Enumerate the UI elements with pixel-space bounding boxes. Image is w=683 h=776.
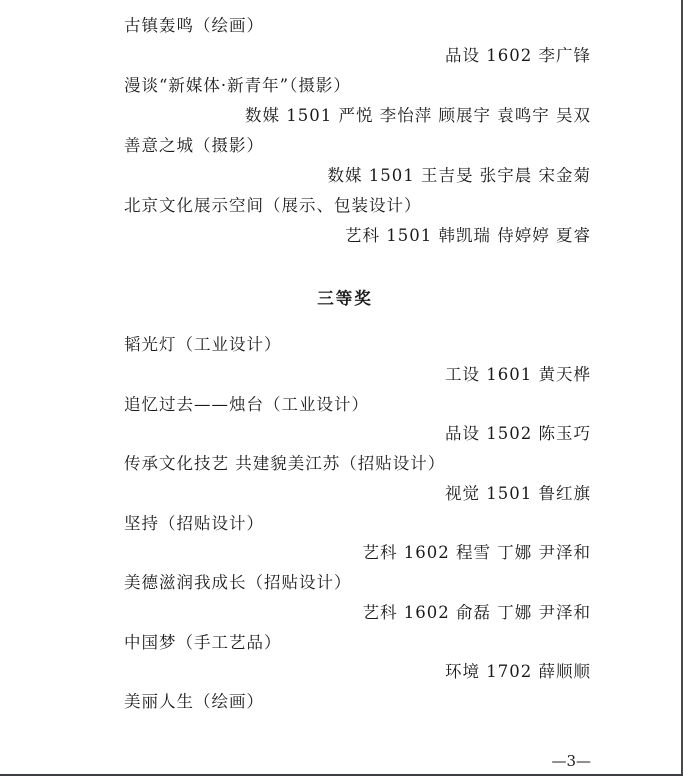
entry-author: 环境 1702 薛顺顺 [445,662,591,682]
entry-title: 善意之城（摄影） [124,136,264,156]
entry-title: 美德滋润我成长（招贴设计） [124,573,352,593]
entry-author: 视觉 1501 鲁红旗 [445,484,591,504]
entry-author: 艺科 1602 俞磊 丁娜 尹泽和 [363,603,591,623]
entry-author: 工设 1601 黄天桦 [445,365,591,385]
entry-title: 北京文化展示空间（展示、包装设计） [124,196,422,216]
entry-author: 品设 1502 陈玉巧 [445,424,591,444]
section-heading: 三等奖 [0,289,683,309]
entry-title: 古镇轰鸣（绘画） [124,16,264,36]
entry-author: 艺科 1501 韩凯瑞 侍婷婷 夏睿 [345,226,591,246]
document-page: 古镇轰鸣（绘画） 品设 1602 李广锋 漫谈“新媒体·新青年”（摄影） 数媒 … [0,0,681,774]
entry-title: 传承文化技艺 共建貌美江苏（招贴设计） [124,454,445,474]
entry-author: 数媒 1501 严悦 李怡萍 顾展宇 袁鸣宇 吴双 [245,106,591,126]
entry-author: 数媒 1501 王吉旻 张宇晨 宋金菊 [328,166,591,186]
entry-title: 美丽人生（绘画） [124,692,264,712]
entry-title: 中国梦（手工艺品） [124,633,282,653]
entry-title: 漫谈“新媒体·新青年”（摄影） [124,76,351,96]
entry-author: 品设 1602 李广锋 [445,46,591,66]
entry-title: 追忆过去——烛台（工业设计） [124,395,369,415]
entry-title: 韬光灯（工业设计） [124,335,282,355]
page-number: —3— [551,751,591,771]
entry-author: 艺科 1602 程雪 丁娜 尹泽和 [363,543,591,563]
entry-title: 坚持（招贴设计） [124,514,264,534]
